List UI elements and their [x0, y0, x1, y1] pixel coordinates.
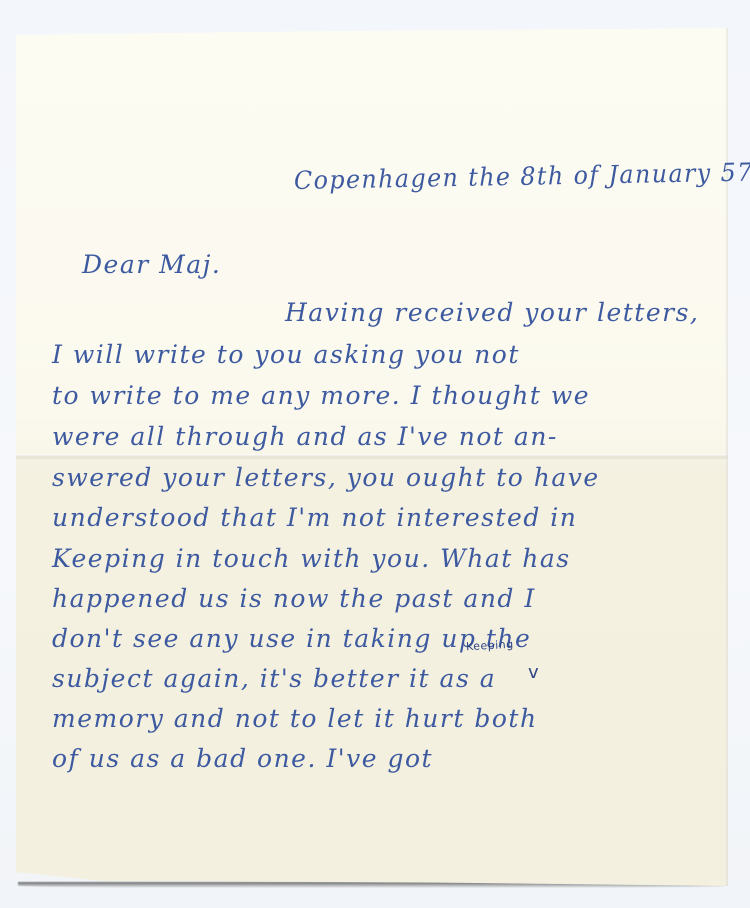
letter-body-line: I will write to you asking you not — [52, 342, 520, 367]
letter-body-line: Having received your letters, — [285, 300, 699, 325]
letter-body-line: understood that I'm not interested in — [52, 505, 577, 530]
letter-body-line: of us as a bad one. I've got — [52, 746, 433, 771]
photo-scene: Copenhagen the 8th of January 57. Dear M… — [0, 0, 750, 908]
letter-salutation: Dear Maj. — [82, 252, 221, 277]
letter-body-line: Keeping in touch with you. What has — [52, 546, 571, 571]
letter-body-line: to write to me any more. I thought we — [52, 383, 590, 408]
insertion-caret-mark: v — [528, 662, 539, 683]
letter-body-line: memory and not to let it hurt both — [52, 706, 538, 731]
letter-body-line: swered your letters, you ought to have — [52, 465, 600, 490]
letter-body-line: happened us is now the past and I — [52, 586, 536, 611]
letter-body-line: were all through and as I've not an- — [52, 424, 558, 449]
paper-edge — [725, 28, 728, 886]
letter-body-line: subject again, it's better it as a — [52, 666, 496, 691]
inserted-word-annotation: Keeping — [466, 638, 514, 653]
paper-fold-crease — [16, 454, 728, 460]
letter-body-line: don't see any use in taking up the — [52, 626, 531, 651]
